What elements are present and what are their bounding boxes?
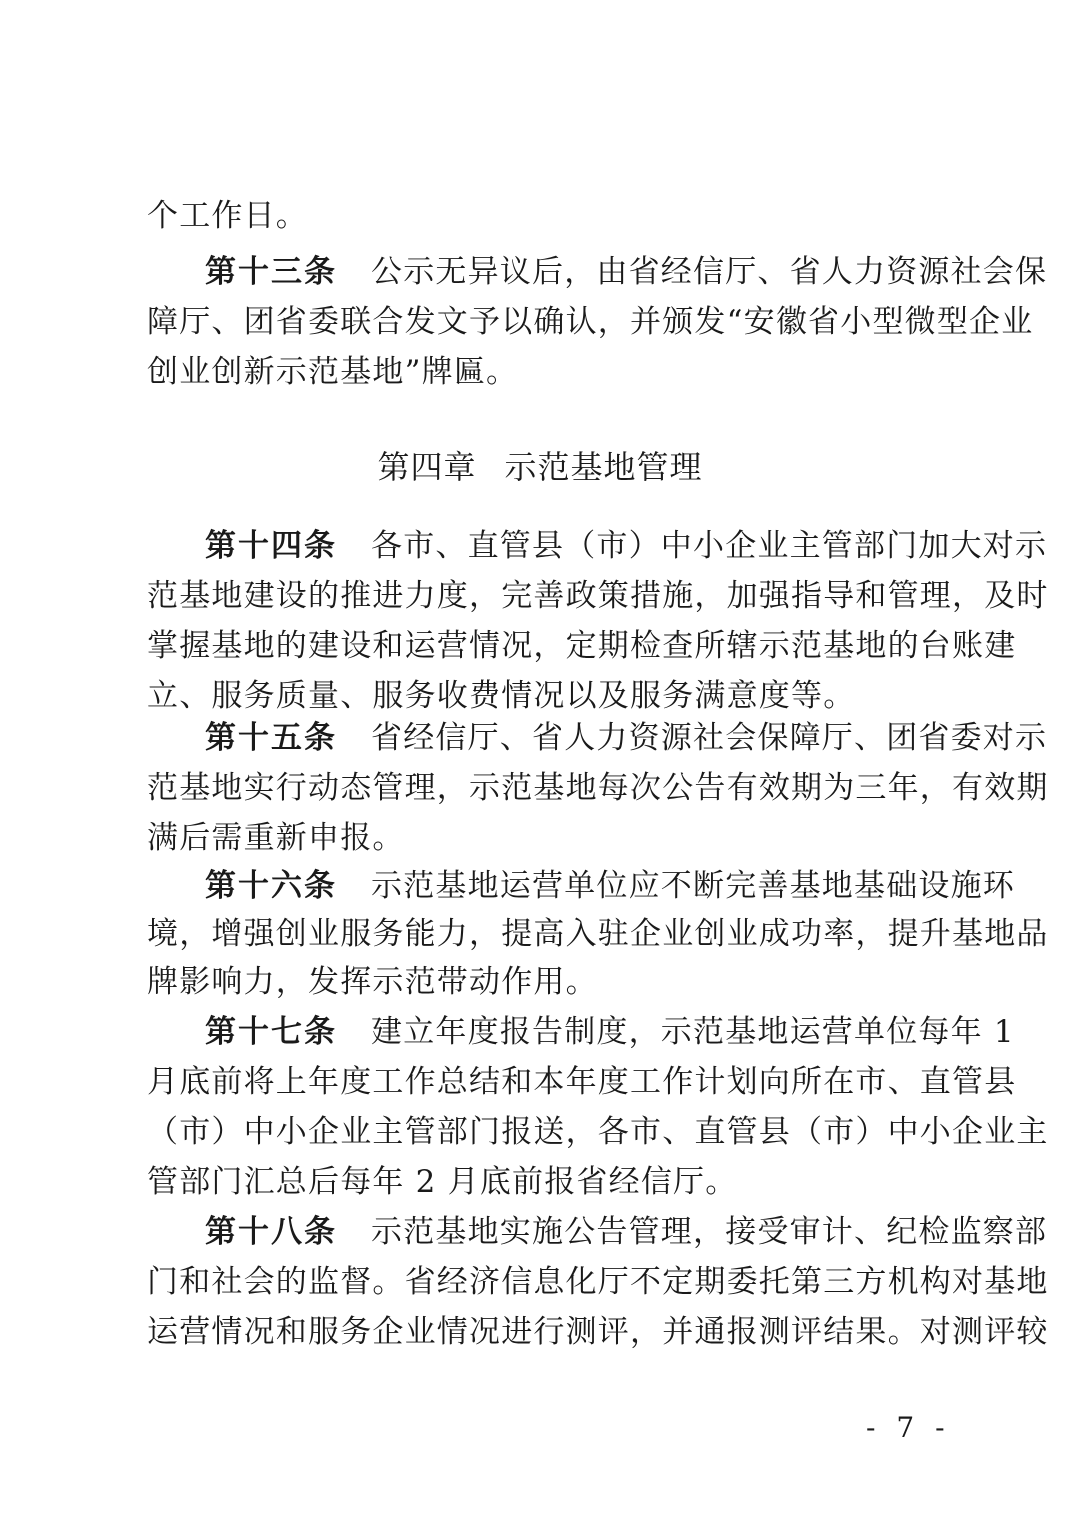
- line-text: 公示无异议后，由省经信厅、省人力资源社会保: [371, 254, 1047, 290]
- chapter-title: 示范基地管理: [505, 448, 703, 486]
- line-text: 范基地建设的推进力度，完善政策措施，加强指导和管理，及时: [147, 578, 1049, 614]
- article-label: 第十三条: [205, 254, 337, 290]
- body-text-line: 牌影响力，发挥示范带动作用。: [147, 962, 942, 1002]
- body-text-line: 障厅、团省委联合发文予以确认，并颁发“安徽省小型微型企业: [147, 302, 942, 342]
- line-text: 障厅、团省委联合发文予以确认，并颁发“安徽省小型微型企业: [147, 304, 1033, 340]
- article-line: 第十三条公示无异议后，由省经信厅、省人力资源社会保: [205, 252, 942, 292]
- article-line: 第十八条示范基地实施公告管理，接受审计、纪检监察部: [205, 1212, 942, 1252]
- article-line: 第十四条各市、直管县（市）中小企业主管部门加大对示: [205, 526, 942, 566]
- body-text-line: 立、服务质量、服务收费情况以及服务满意度等。: [147, 676, 942, 716]
- body-text-line: 范基地建设的推进力度，完善政策措施，加强指导和管理，及时: [147, 576, 942, 616]
- line-text: 管部门汇总后每年 2 月底前报省经信厅。: [147, 1164, 737, 1200]
- line-text: 建立年度报告制度，示范基地运营单位每年 1: [371, 1014, 1015, 1050]
- article-label: 第十七条: [205, 1014, 337, 1050]
- article-label: 第十八条: [205, 1214, 337, 1250]
- page-number: - 7 -: [866, 1410, 951, 1446]
- body-text-line: 范基地实行动态管理，示范基地每次公告有效期为三年，有效期: [147, 768, 942, 808]
- body-text-line: 满后需重新申报。: [147, 818, 942, 858]
- line-text: 境，增强创业服务能力，提高入驻企业创业成功率，提升基地品: [147, 916, 1049, 952]
- line-text: 个工作日。: [147, 198, 308, 234]
- document-page: 第四章示范基地管理 - 7 - 个工作日。第十三条公示无异议后，由省经信厅、省人…: [0, 0, 1080, 1527]
- article-line: 第十五条省经信厅、省人力资源社会保障厅、团省委对示: [205, 718, 942, 758]
- line-text: 掌握基地的建设和运营情况，定期检查所辖示范基地的台账建: [147, 628, 1016, 664]
- article-label: 第十六条: [205, 868, 337, 904]
- body-text-line: 管部门汇总后每年 2 月底前报省经信厅。: [147, 1162, 942, 1202]
- article-label: 第十四条: [205, 528, 337, 564]
- line-text: 示范基地实施公告管理，接受审计、纪检监察部: [371, 1214, 1047, 1250]
- chapter-heading: 第四章示范基地管理: [0, 446, 1080, 488]
- body-text-line: 境，增强创业服务能力，提高入驻企业创业成功率，提升基地品: [147, 914, 942, 954]
- line-text: 运营情况和服务企业情况进行测评，并通报测评结果。对测评较: [147, 1314, 1049, 1350]
- body-text-line: 月底前将上年度工作总结和本年度工作计划向所在市、直管县: [147, 1062, 942, 1102]
- line-text: 省经信厅、省人力资源社会保障厅、团省委对示: [371, 720, 1047, 756]
- body-text-line: 运营情况和服务企业情况进行测评，并通报测评结果。对测评较: [147, 1312, 942, 1352]
- article-label: 第十五条: [205, 720, 337, 756]
- line-text: 立、服务质量、服务收费情况以及服务满意度等。: [147, 678, 855, 714]
- line-text: 月底前将上年度工作总结和本年度工作计划向所在市、直管县: [147, 1064, 1016, 1100]
- body-text-line: 创业创新示范基地”牌匾。: [147, 352, 942, 392]
- line-text: 创业创新示范基地”牌匾。: [147, 354, 518, 390]
- line-text: 满后需重新申报。: [147, 820, 405, 856]
- article-line: 第十七条建立年度报告制度，示范基地运营单位每年 1: [205, 1012, 942, 1052]
- line-text: 示范基地运营单位应不断完善基地基础设施环: [371, 868, 1015, 904]
- body-text-line: （市）中小企业主管部门报送，各市、直管县（市）中小企业主: [147, 1112, 942, 1152]
- body-text-line: 掌握基地的建设和运营情况，定期检查所辖示范基地的台账建: [147, 626, 942, 666]
- body-text-line: 门和社会的监督。省经济信息化厅不定期委托第三方机构对基地: [147, 1262, 942, 1302]
- line-text: 牌影响力，发挥示范带动作用。: [147, 964, 598, 1000]
- line-text: （市）中小企业主管部门报送，各市、直管县（市）中小企业主: [147, 1114, 1049, 1150]
- line-text: 范基地实行动态管理，示范基地每次公告有效期为三年，有效期: [147, 770, 1049, 806]
- line-text: 门和社会的监督。省经济信息化厅不定期委托第三方机构对基地: [147, 1264, 1049, 1300]
- line-text: 各市、直管县（市）中小企业主管部门加大对示: [371, 528, 1047, 564]
- chapter-number: 第四章: [377, 448, 476, 486]
- article-line: 第十六条示范基地运营单位应不断完善基地基础设施环: [205, 866, 942, 906]
- body-text-line: 个工作日。: [147, 196, 942, 236]
